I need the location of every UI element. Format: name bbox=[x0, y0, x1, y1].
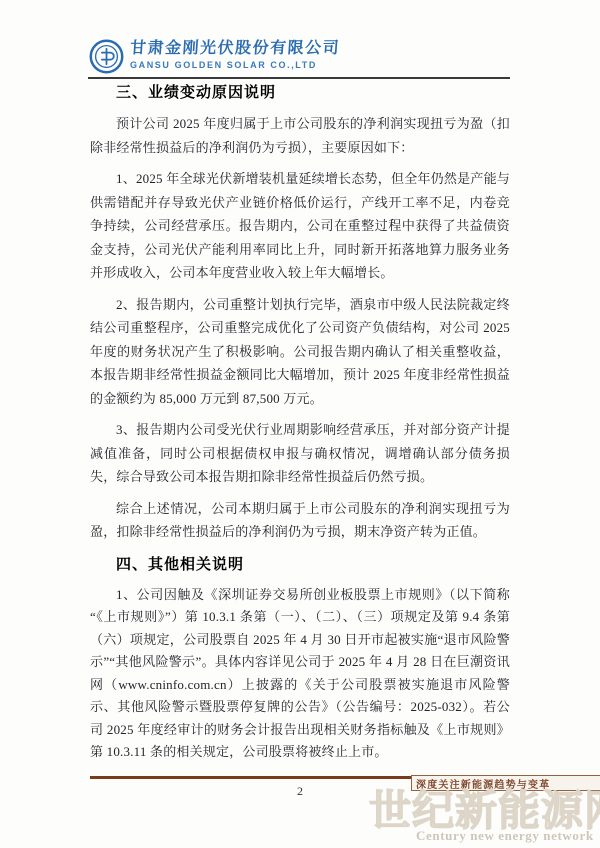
company-logo: 甘肃金刚光伏股份有限公司 GANSU GOLDEN SOLAR CO.,LTD bbox=[88, 38, 512, 75]
company-name-block: 甘肃金刚光伏股份有限公司 GANSU GOLDEN SOLAR CO.,LTD bbox=[130, 38, 340, 71]
section-heading: 四、其他相关说明 bbox=[116, 554, 510, 575]
watermark-title: 世纪新能源网 bbox=[369, 789, 600, 833]
company-name-cn: 甘肃金刚光伏股份有限公司 bbox=[129, 40, 340, 58]
company-header: 甘肃金刚光伏股份有限公司 GANSU GOLDEN SOLAR CO.,LTD bbox=[88, 38, 512, 75]
document-body: 三、业绩变动原因说明 预计公司 2025 年度归属于上市公司股东的净利润实现扭亏… bbox=[90, 82, 510, 772]
section-other-notes: 四、其他相关说明 1、公司因触及《深圳证券交易所创业板股票上市规则》（以下简称“… bbox=[90, 554, 510, 764]
section-heading: 三、业绩变动原因说明 bbox=[116, 82, 510, 103]
paragraph-intro: 预计公司 2025 年度归属于上市公司股东的净利润实现扭亏为盈（扣除非经常性损益… bbox=[90, 112, 510, 159]
paragraph-delisting-risk: 1、公司因触及《深圳证券交易所创业板股票上市规则》（以下简称“《上市规则》”）第… bbox=[90, 584, 510, 764]
document-page: 甘肃金刚光伏股份有限公司 GANSU GOLDEN SOLAR CO.,LTD … bbox=[0, 0, 600, 848]
paragraph-item-3: 3、报告期内公司受光伏行业周期影响经营承压，并对部分资产计提减值准备，同时公司根… bbox=[90, 418, 510, 489]
footer-divider bbox=[90, 776, 412, 779]
paragraph-summary: 综合上述情况，公司本期归属于上市公司股东的净利润实现扭亏为盈，扣除非经常性损益后… bbox=[90, 497, 510, 544]
header-divider bbox=[88, 77, 510, 79]
watermark-subtitle: Century new energy network bbox=[416, 828, 594, 844]
section-performance-change: 三、业绩变动原因说明 预计公司 2025 年度归属于上市公司股东的净利润实现扭亏… bbox=[90, 82, 510, 544]
paragraph-item-2: 2、报告期内，公司重整计划执行完毕，酒泉市中级人民法院裁定终结公司重整程序，公司… bbox=[90, 293, 510, 411]
paragraph-item-1: 1、2025 年全球光伏新增装机量延续增长态势，但全年仍然是产能与供需错配并存导… bbox=[90, 167, 510, 285]
company-emblem-icon bbox=[88, 38, 125, 75]
company-name-en: GANSU GOLDEN SOLAR CO.,LTD bbox=[130, 59, 340, 71]
